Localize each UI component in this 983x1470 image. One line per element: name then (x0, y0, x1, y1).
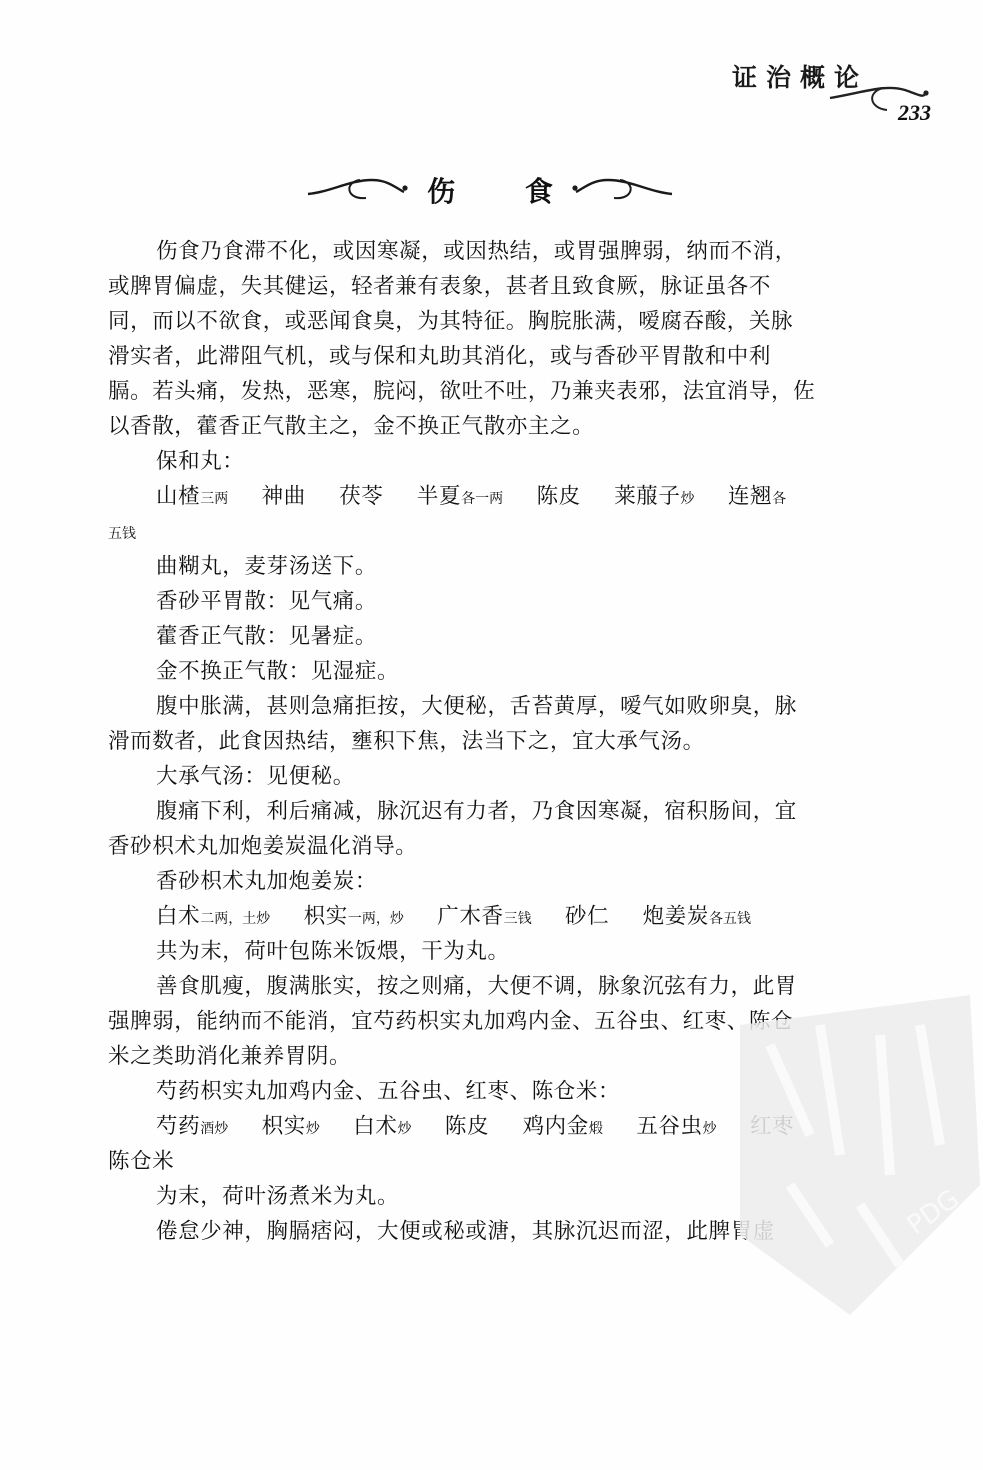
herb-item: 山楂三两 (156, 484, 228, 509)
title-right-swash-icon (568, 170, 680, 204)
paragraph-line: 共为末，荷叶包陈米饭煨，干为丸。 (108, 934, 883, 969)
paragraph-line: 滑而数者，此食因热结，壅积下焦，法当下之，宜大承气汤。 (108, 724, 883, 759)
section-title: 伤 食 (300, 162, 680, 212)
herb-item: 陈皮 (537, 484, 581, 509)
herb-item: 连翘各 (728, 484, 786, 509)
paragraph-line: 膈。若头痛，发热，恶寒，脘闷，欲吐不吐，乃兼夹表邪，法宜消导，佐 (108, 374, 883, 409)
formula-herb-list: 芍药酒炒 枳实炒 白术炒 陈皮 鸡内金煅 五谷虫炒 红枣 (108, 1109, 883, 1144)
cross-reference: 金不换正气散：见湿症。 (108, 654, 883, 689)
formula-heading: 保和丸： (108, 444, 883, 479)
svg-text:PDG: PDG (902, 1184, 965, 1241)
herb-item-wrap: 陈仓米 (108, 1144, 883, 1179)
cross-reference: 藿香正气散：见暑症。 (108, 619, 883, 654)
title-char-right: 食 (525, 170, 553, 210)
formula-herb-list: 山楂三两 神曲 茯苓 半夏各一两 陈皮 莱菔子炒 连翘各 (108, 479, 883, 514)
formula-herb-list: 白术二两，土炒 枳实一两，炒 广木香三钱 砂仁 炮姜炭各五钱 (108, 899, 883, 934)
herb-item: 鸡内金煅 (523, 1114, 603, 1139)
herb-item: 莱菔子炒 (614, 484, 694, 509)
paragraph-line: 强脾弱，能纳而不能消，宜芍药枳实丸加鸡内金、五谷虫、红枣、陈仓 (108, 1004, 883, 1039)
paragraph-line: 或脾胃偏虚，失其健运，轻者兼有表象，甚者且致食厥，脉证虽各不 (108, 269, 883, 304)
book-page: 证治概论 233 伤 食 伤食乃食滞不化，或因寒凝，或因热结，或胃强脾弱，纳而不… (0, 0, 983, 1470)
herb-item: 陈皮 (445, 1114, 489, 1139)
paragraph-line: 曲糊丸，麦芽汤送下。 (108, 549, 883, 584)
herb-item: 枳实炒 (262, 1114, 320, 1139)
herb-item: 枳实一两，炒 (304, 904, 404, 929)
herb-item: 砂仁 (565, 904, 609, 929)
formula-heading: 芍药枳实丸加鸡内金、五谷虫、红枣、陈仓米： (108, 1074, 883, 1109)
herb-item: 炮姜炭各五钱 (643, 904, 751, 929)
paragraph-line: 腹痛下利，利后痛减，脉沉迟有力者，乃食因寒凝，宿积肠间，宜 (108, 794, 883, 829)
herb-item: 白术炒 (353, 1114, 411, 1139)
page-number: 233 (898, 100, 931, 126)
herb-item: 茯苓 (339, 484, 383, 509)
body-text: 伤食乃食滞不化，或因寒凝，或因热结，或胃强脾弱，纳而不消， 或脾胃偏虚，失其健运… (108, 234, 883, 1249)
paragraph-line: 同，而以不欲食，或恶闻食臭，为其特征。胸脘胀满，嗳腐吞酸，关脉 (108, 304, 883, 339)
herb-item: 红枣 (750, 1114, 794, 1139)
herb-item: 神曲 (262, 484, 306, 509)
paragraph-line: 伤食乃食滞不化，或因寒凝，或因热结，或胃强脾弱，纳而不消， (108, 234, 883, 269)
herb-item: 五谷虫炒 (636, 1114, 716, 1139)
paragraph-line: 腹中胀满，甚则急痛拒按，大便秘，舌苔黄厚，嗳气如败卵臭，脉 (108, 689, 883, 724)
herb-item: 芍药酒炒 (156, 1114, 228, 1139)
cross-reference: 大承气汤：见便秘。 (108, 759, 883, 794)
herb-item: 半夏各一两 (417, 484, 503, 509)
herb-item: 白术二两，土炒 (156, 904, 270, 929)
cross-reference: 香砂平胃散：见气痛。 (108, 584, 883, 619)
paragraph-line: 香砂枳术丸加炮姜炭温化消导。 (108, 829, 883, 864)
paragraph-line: 米之类助消化兼养胃阴。 (108, 1039, 883, 1074)
herb-note-wrap: 五钱 (108, 514, 883, 549)
paragraph-line: 倦怠少神，胸膈痞闷，大便或秘或溏，其脉沉迟而涩，此脾胃虚 (108, 1214, 883, 1249)
title-char-left: 伤 (427, 170, 455, 210)
paragraph-line: 为末，荷叶汤煮米为丸。 (108, 1179, 883, 1214)
formula-heading: 香砂枳术丸加炮姜炭： (108, 864, 883, 899)
paragraph-line: 滑实者，此滞阻气机，或与保和丸助其消化，或与香砂平胃散和中利 (108, 339, 883, 374)
herb-item: 广木香三钱 (437, 904, 531, 929)
paragraph-line: 以香散，藿香正气散主之，金不换正气散亦主之。 (108, 409, 883, 444)
paragraph-line: 善食肌瘦，腹满胀实，按之则痛，大便不调，脉象沉弦有力，此胃 (108, 969, 883, 1004)
